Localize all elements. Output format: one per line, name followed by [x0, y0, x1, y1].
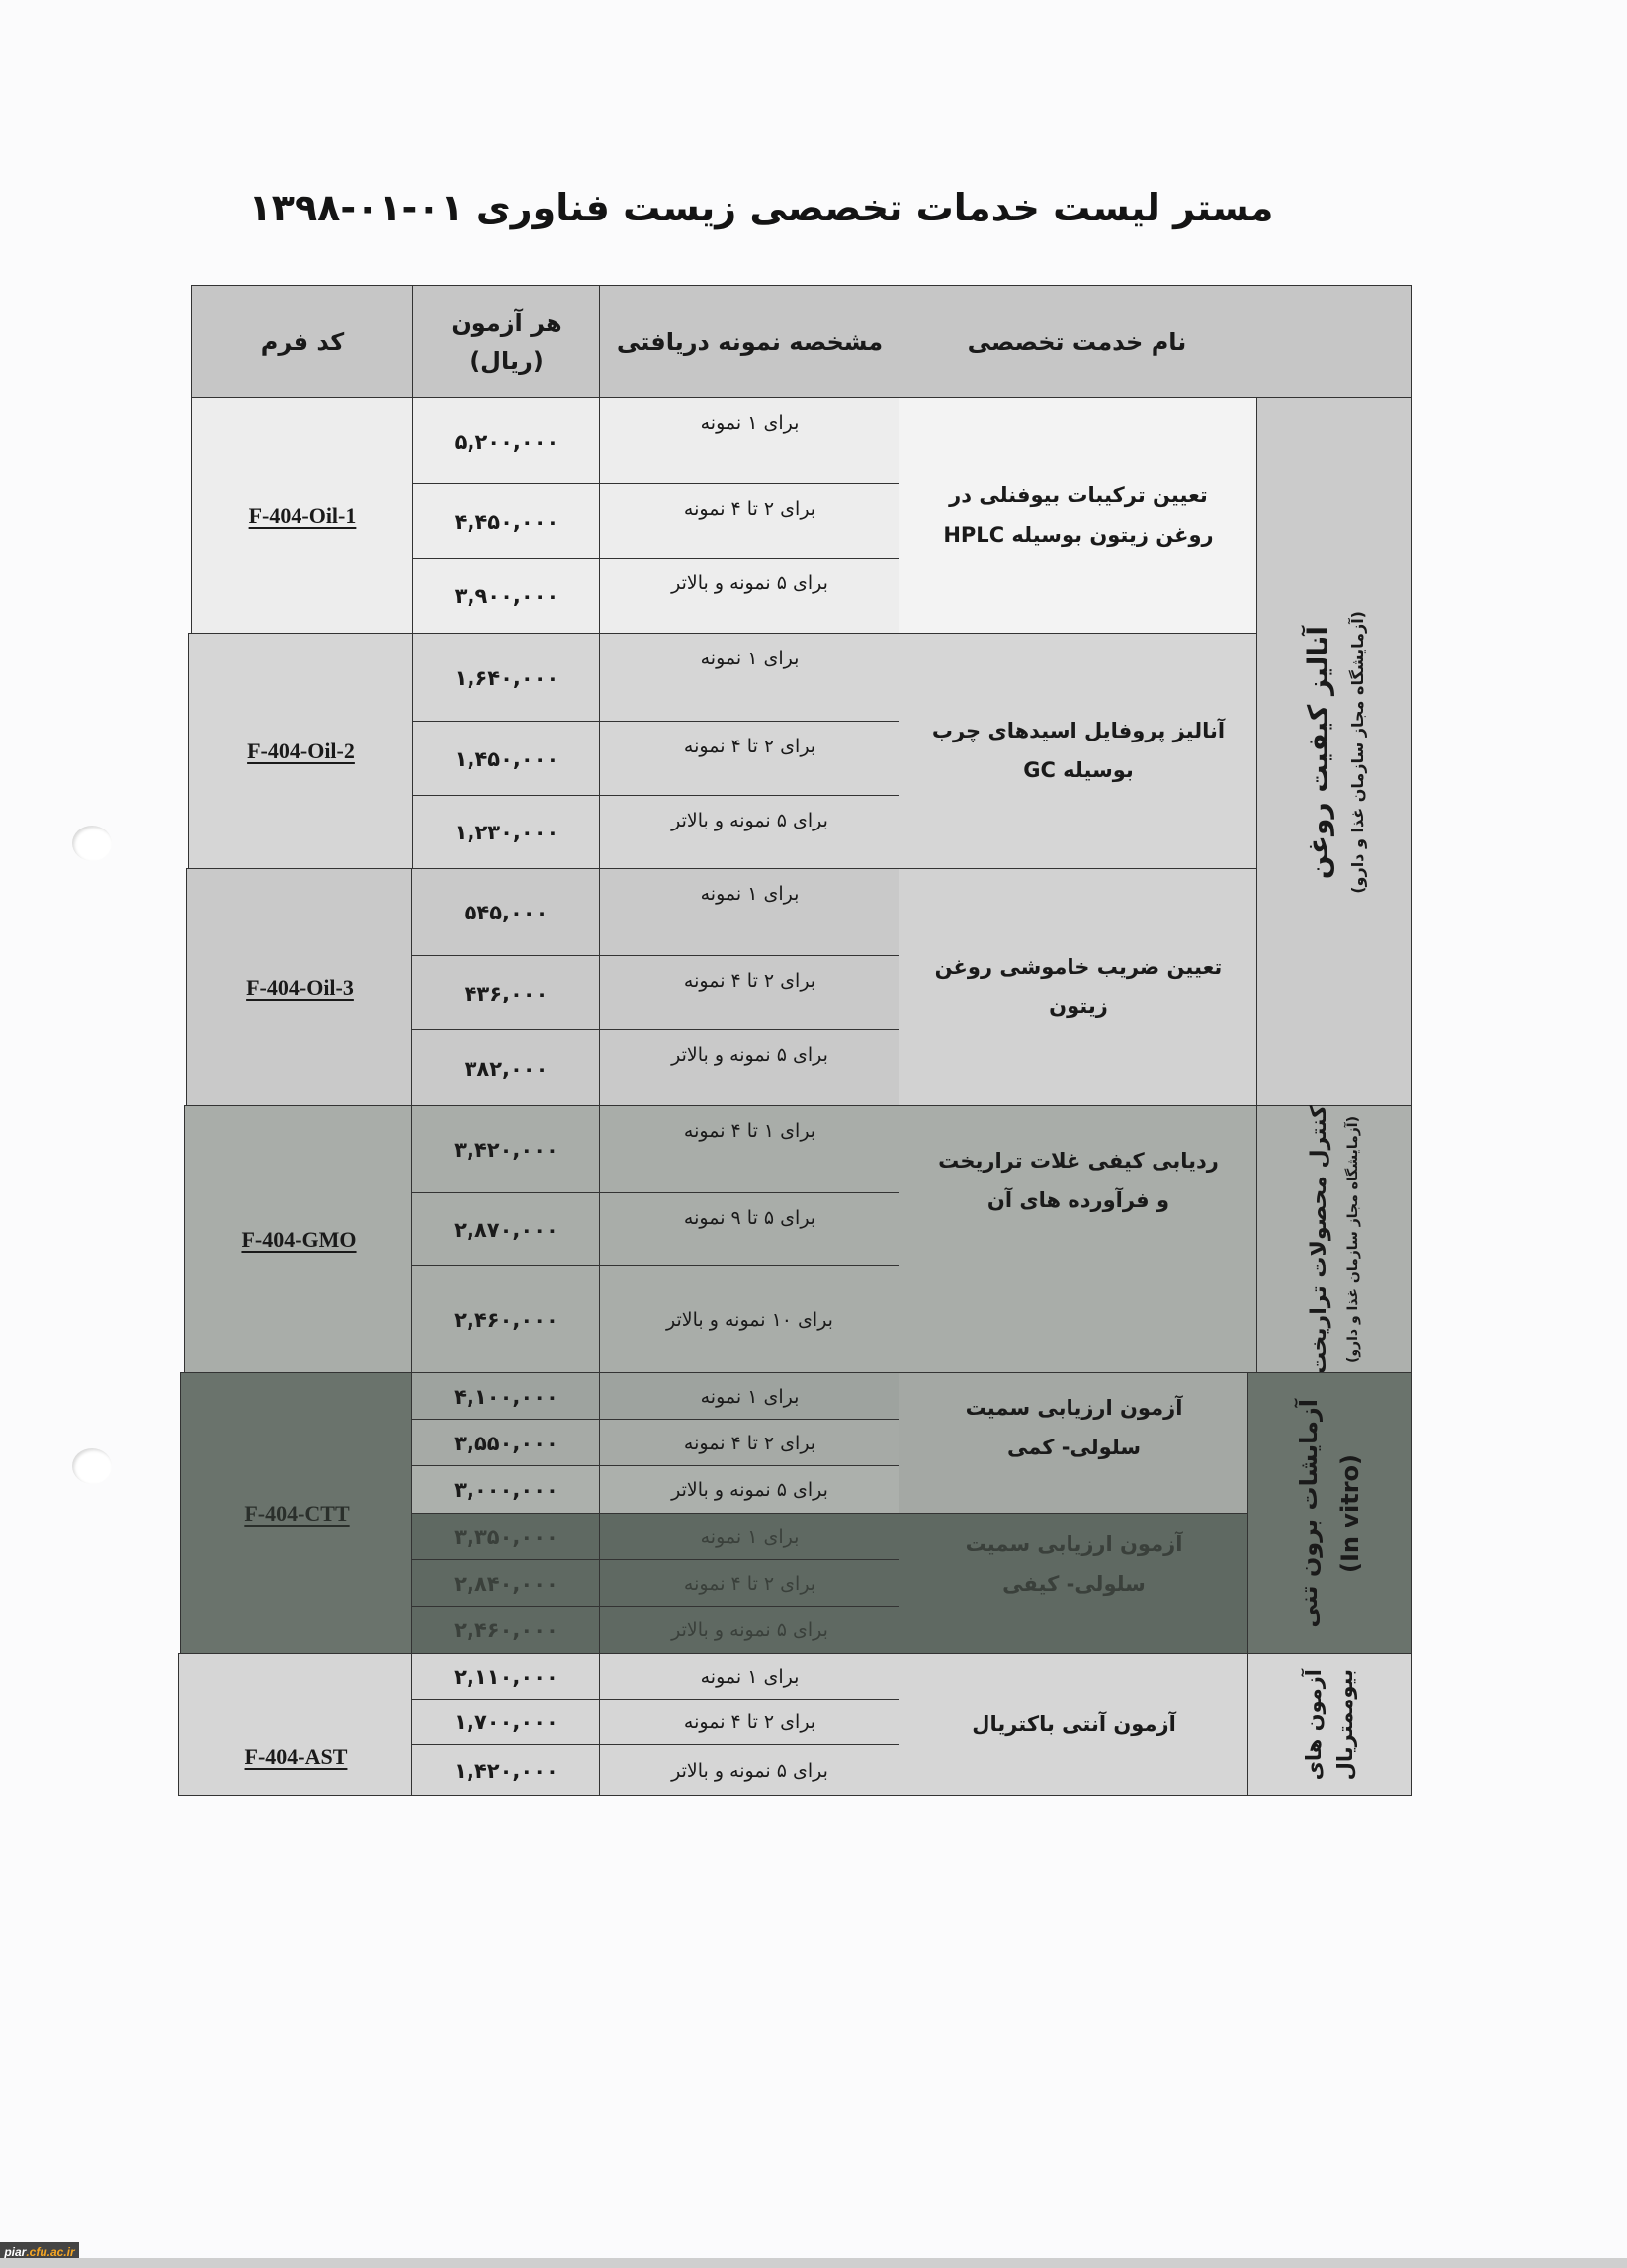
price-cell: ۳,۰۰۰,۰۰۰	[411, 1465, 601, 1515]
page-bottom-edge	[0, 2258, 1627, 2268]
sample-spec-cell: برای ۲ تا ۴ نمونه	[599, 483, 900, 560]
price-cell: ۲,۸۴۰,۰۰۰	[411, 1559, 601, 1608]
category-gmo-control: (آزمایشگاه مجاز سازمان غذا و دارو) کنترل…	[1256, 1105, 1412, 1374]
sample-spec-cell: برای ۵ نمونه و بالاتر	[599, 1606, 900, 1655]
sample-spec-cell: برای ۵ تا ۹ نمونه	[599, 1192, 900, 1267]
sample-spec-cell: برای ۱ نمونه	[599, 397, 900, 485]
category-subtitle: (آزمایشگاه مجاز سازمان غذا و دارو)	[1345, 1116, 1361, 1363]
price-cell: ۲,۴۶۰,۰۰۰	[411, 1606, 601, 1655]
price-cell: ۱,۴۵۰,۰۰۰	[412, 721, 601, 797]
watermark-prefix: piar	[4, 2245, 26, 2259]
header-service-name: نام خدمت تخصصی	[899, 285, 1412, 399]
price-cell: ۴,۴۵۰,۰۰۰	[412, 483, 601, 560]
header-service-name-label: نام خدمت تخصصی	[899, 323, 1254, 361]
sample-spec-cell: برای ۲ تا ۴ نمونه	[599, 1559, 900, 1608]
service-name-cell: تعیین ضریب خاموشی روغن زیتون	[899, 868, 1258, 1107]
sample-spec-cell: برای ۵ نمونه و بالاتر	[599, 1744, 900, 1796]
service-name-cell: آزمون ارزیابی سمیت سلولی- کمی	[899, 1372, 1249, 1515]
price-cell: ۴۳۶,۰۰۰	[411, 955, 601, 1031]
punch-hole	[72, 826, 112, 861]
sample-spec-cell: برای ۱ نمونه	[599, 1653, 900, 1701]
form-code-cell: F-404-Oil-1	[191, 397, 414, 635]
sample-spec-cell: برای ۱۰ نمونه و بالاتر	[599, 1265, 900, 1374]
sample-spec-cell: برای ۱ نمونه	[599, 1372, 900, 1421]
category-biomaterial: بیوممتریال آزمون های	[1247, 1653, 1412, 1796]
price-cell: ۳,۵۵۰,۰۰۰	[411, 1419, 601, 1467]
sample-spec-cell: برای ۲ تا ۴ نمونه	[599, 955, 900, 1031]
price-cell: ۱,۶۴۰,۰۰۰	[412, 633, 601, 723]
service-name-cell: آنالیز پروفایل اسیدهای چرب بوسیله GC	[899, 633, 1258, 870]
header-form-code: کد فرم	[191, 285, 414, 399]
category-title: آنالیز کیفیت روغن	[1302, 626, 1334, 879]
category-title: آزمایشات برون تنی	[1295, 1399, 1323, 1628]
service-name-cell: آزمون ارزیابی سمیت سلولی- کیفی	[899, 1513, 1249, 1655]
service-name-cell: ردیابی کیفی غلات تراریخت و فرآورده های آ…	[899, 1105, 1258, 1374]
category-subtitle: (آزمایشگاه مجاز سازمان غذا و دارو)	[1348, 611, 1367, 894]
services-price-table: کد فرم هر آزمون (ریال) مشخصه نمونه دریاف…	[0, 0, 1627, 2268]
sample-spec-cell: برای ۲ تا ۴ نمونه	[599, 721, 900, 797]
sample-spec-cell: برای ۱ نمونه	[599, 868, 900, 957]
form-code-cell: F-404-Oil-2	[188, 633, 414, 870]
form-code-cell: F-404-GMO	[184, 1105, 414, 1374]
sample-spec-cell: برای ۲ تا ۴ نمونه	[599, 1419, 900, 1467]
sample-spec-cell: برای ۱ نمونه	[599, 1513, 900, 1561]
form-code-cell: F-404-AST	[178, 1653, 414, 1796]
category-title: آزمون های	[1302, 1669, 1326, 1780]
service-name-cell: آزمون آنتی باکتریال	[899, 1653, 1249, 1796]
price-cell: ۲,۸۷۰,۰۰۰	[411, 1192, 601, 1267]
category-oil-quality: (آزمایشگاه مجاز سازمان غذا و دارو) آنالی…	[1256, 397, 1412, 1107]
price-cell: ۳,۹۰۰,۰۰۰	[412, 558, 601, 635]
category-in-vitro: (In vitro) آزمایشات برون تنی	[1247, 1372, 1412, 1655]
price-cell: ۳۸۲,۰۰۰	[411, 1029, 601, 1107]
category-subtitle: (In vitro)	[1336, 1454, 1364, 1573]
sample-spec-cell: برای ۵ نمونه و بالاتر	[599, 558, 900, 635]
price-cell: ۱,۲۳۰,۰۰۰	[412, 795, 601, 870]
price-cell: ۱,۴۲۰,۰۰۰	[411, 1744, 601, 1796]
sample-spec-cell: برای ۵ نمونه و بالاتر	[599, 1465, 900, 1515]
price-cell: ۲,۱۱۰,۰۰۰	[411, 1653, 601, 1701]
sample-spec-cell: برای ۵ نمونه و بالاتر	[599, 795, 900, 870]
sample-spec-cell: برای ۱ نمونه	[599, 633, 900, 723]
price-cell: ۵۴۵,۰۰۰	[411, 868, 601, 957]
price-cell: ۳,۴۲۰,۰۰۰	[411, 1105, 601, 1194]
header-price: هر آزمون (ریال)	[412, 285, 601, 399]
form-code-cell: F-404-Oil-3	[186, 868, 414, 1107]
header-sample-spec: مشخصه نمونه دریافتی	[599, 285, 900, 399]
watermark-domain: .cfu.ac.ir	[26, 2245, 74, 2259]
sample-spec-cell: برای ۲ تا ۴ نمونه	[599, 1699, 900, 1746]
category-subtitle: بیوممتریال	[1333, 1669, 1357, 1780]
sample-spec-cell: برای ۱ تا ۴ نمونه	[599, 1105, 900, 1194]
price-cell: ۴,۱۰۰,۰۰۰	[411, 1372, 601, 1421]
service-name-cell: تعیین ترکیبات بیوفنلی در روغن زیتون بوسی…	[899, 397, 1258, 635]
category-title: کنترل محصولات تراریخت	[1307, 1105, 1331, 1374]
price-cell: ۳,۳۵۰,۰۰۰	[411, 1513, 601, 1561]
form-code-cell: F-404-CTT	[180, 1372, 414, 1655]
price-cell: ۱,۷۰۰,۰۰۰	[411, 1699, 601, 1746]
sample-spec-cell: برای ۵ نمونه و بالاتر	[599, 1029, 900, 1107]
price-cell: ۲,۴۶۰,۰۰۰	[411, 1265, 601, 1374]
price-cell: ۵,۲۰۰,۰۰۰	[412, 397, 601, 485]
punch-hole	[72, 1448, 112, 1484]
